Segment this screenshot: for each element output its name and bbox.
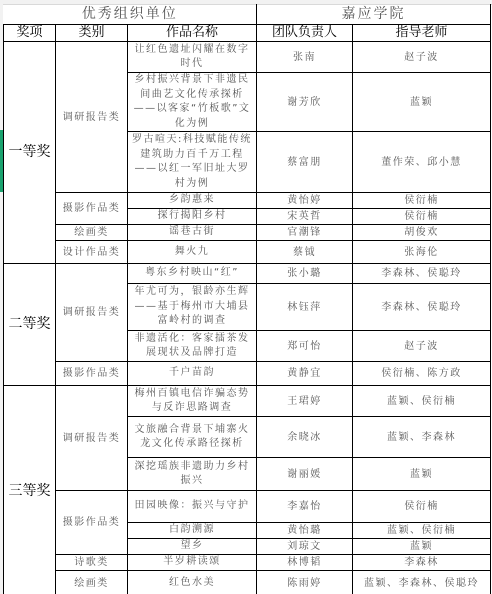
advisor-cell[interactable]: 李森林	[353, 555, 491, 571]
work-title-cell[interactable]: 白韵溯源	[128, 523, 257, 539]
leader-cell[interactable]: 王珺婷	[257, 386, 353, 417]
work-title-cell[interactable]: 望乡	[128, 539, 257, 555]
header-work-title[interactable]: 作品名称	[128, 25, 257, 42]
advisor-cell[interactable]: 赵子波	[353, 331, 491, 362]
advisor-cell[interactable]: 蓝颖	[353, 458, 491, 491]
leader-cell[interactable]: 黄静宜	[257, 362, 353, 386]
leader-cell[interactable]: 宋英哲	[257, 209, 353, 225]
work-title-cell[interactable]: 探行揭阳乡村	[128, 209, 257, 225]
table-row: 摄影作品类 千户苗韵 黄静宜 侯衍楠、陈方政	[4, 362, 491, 386]
leader-cell[interactable]: 陈雨婷	[257, 571, 353, 594]
leader-cell[interactable]: 李嘉怡	[257, 491, 353, 523]
work-title-cell[interactable]: 半岁耕读颂	[128, 555, 257, 571]
table-row: 摄影作品类 田园映像：振兴与守护 李嘉怡 侯衍楠	[4, 491, 491, 523]
leader-cell[interactable]: 刘琼文	[257, 539, 353, 555]
advisor-cell[interactable]: 侯衍楠、陈方政	[353, 362, 491, 386]
category-cell[interactable]: 摄影作品类	[56, 193, 128, 225]
work-title-cell[interactable]: 谣巷古街	[128, 225, 257, 241]
category-cell[interactable]: 调研报告类	[56, 264, 128, 362]
advisor-cell[interactable]: 董作荣、邱小慧	[353, 132, 491, 193]
work-title-cell[interactable]: 舞火九	[128, 241, 257, 264]
work-title-cell[interactable]: 年尤可为，银龄亦生辉——基于梅州市大埔县富岭村的调查	[128, 284, 257, 331]
advisor-cell[interactable]: 蓝颖、侯衍楠	[353, 523, 491, 539]
category-cell[interactable]: 调研报告类	[56, 42, 128, 193]
work-title-cell[interactable]: 乡村振兴背景下非遗民间曲艺文化传承探析——以客家“竹板歌”文化为例	[128, 73, 257, 132]
work-title-cell[interactable]: 梅州百镇电信诈骗态势与反诈思路调查	[128, 386, 257, 417]
organization-name[interactable]: 嘉应学院	[257, 4, 491, 25]
column-header-row: 奖项 类别 作品名称 团队负责人 指导老师	[4, 25, 491, 42]
category-cell[interactable]: 摄影作品类	[56, 491, 128, 555]
advisor-cell[interactable]: 蓝颖	[353, 539, 491, 555]
work-title-cell[interactable]: 红色水美	[128, 571, 257, 594]
table-row: 二等奖 调研报告类 粤东乡村映山“红” 张小璐 李森林、侯聪玲	[4, 264, 491, 284]
header-category[interactable]: 类别	[56, 25, 128, 42]
leader-cell[interactable]: 黄怡婷	[257, 193, 353, 209]
leader-cell[interactable]: 郑可怡	[257, 331, 353, 362]
leader-cell[interactable]: 蔡富朋	[257, 132, 353, 193]
leader-cell[interactable]: 张南	[257, 42, 353, 73]
title-row: 优秀组织单位 嘉应学院	[4, 4, 491, 25]
advisor-cell[interactable]: 蓝颖、侯衍楠	[353, 386, 491, 417]
table-row: 三等奖 调研报告类 梅州百镇电信诈骗态势与反诈思路调查 王珺婷 蓝颖、侯衍楠	[4, 386, 491, 417]
table-row: 诗歌类 半岁耕读颂 林博韬 李森林	[4, 555, 491, 571]
advisor-cell[interactable]: 侯衍楠	[353, 491, 491, 523]
category-cell[interactable]: 摄影作品类	[56, 362, 128, 386]
advisor-cell[interactable]: 蓝颖、李森林	[353, 417, 491, 458]
advisor-cell[interactable]: 李森林、侯聪玲	[353, 284, 491, 331]
work-title-cell[interactable]: 粤东乡村映山“红”	[128, 264, 257, 284]
advisor-cell[interactable]: 侯衍楠	[353, 193, 491, 209]
category-cell[interactable]: 诗歌类	[56, 555, 128, 571]
work-title-cell[interactable]: 文旅融合背景下埔寨火龙文化传承路径探析	[128, 417, 257, 458]
advisor-cell[interactable]: 侯衍楠	[353, 209, 491, 225]
work-title-cell[interactable]: 非遗活化：客家擂茶发展现状及品牌打造	[128, 331, 257, 362]
advisor-cell[interactable]: 李森林、侯聪玲	[353, 264, 491, 284]
category-cell[interactable]: 绘画类	[56, 225, 128, 241]
category-cell[interactable]: 设计作品类	[56, 241, 128, 264]
work-title-cell[interactable]: 深挖瑶族非遗助力乡村振兴	[128, 458, 257, 491]
category-cell[interactable]: 绘画类	[56, 571, 128, 594]
advisor-cell[interactable]: 赵子波	[353, 42, 491, 73]
leader-cell[interactable]: 谢丽媛	[257, 458, 353, 491]
award-second[interactable]: 二等奖	[4, 264, 56, 386]
award-first[interactable]: 一等奖	[4, 42, 56, 264]
advisor-cell[interactable]: 蓝颖	[353, 73, 491, 132]
table-row: 绘画类 谣巷古街 官潮锋 胡俊欢	[4, 225, 491, 241]
category-cell[interactable]: 调研报告类	[56, 386, 128, 491]
table-row: 绘画类 红色水美 陈雨婷 蓝颖、李森林、侯聪玲	[4, 571, 491, 594]
advisor-cell[interactable]: 张海伦	[353, 241, 491, 264]
work-title-cell[interactable]: 乡韵惠来	[128, 193, 257, 209]
advisor-cell[interactable]: 蓝颖、李森林、侯聪玲	[353, 571, 491, 594]
table-row: 设计作品类 舞火九 蔡钺 张海伦	[4, 241, 491, 264]
organization-label[interactable]: 优秀组织单位	[4, 4, 257, 25]
leader-cell[interactable]: 蔡钺	[257, 241, 353, 264]
award-third[interactable]: 三等奖	[4, 386, 56, 594]
header-award[interactable]: 奖项	[4, 25, 56, 42]
awards-table: 优秀组织单位 嘉应学院 奖项 类别 作品名称 团队负责人 指导老师 一等奖 调研…	[3, 4, 491, 594]
leader-cell[interactable]: 谢芳欣	[257, 73, 353, 132]
table-row: 摄影作品类 乡韵惠来 黄怡婷 侯衍楠	[4, 193, 491, 209]
header-team-leader[interactable]: 团队负责人	[257, 25, 353, 42]
leader-cell[interactable]: 官潮锋	[257, 225, 353, 241]
leader-cell[interactable]: 余晓冰	[257, 417, 353, 458]
table-row: 一等奖 调研报告类 让红色遗址闪耀在数字时代 张南 赵子波	[4, 42, 491, 73]
leader-cell[interactable]: 张小璐	[257, 264, 353, 284]
leader-cell[interactable]: 林钰萍	[257, 284, 353, 331]
leader-cell[interactable]: 黄怡璐	[257, 523, 353, 539]
work-title-cell[interactable]: 罗古喧天:科技赋能传统建筑助力百千万工程——以红一军旧址大罗村为例	[128, 132, 257, 193]
work-title-cell[interactable]: 千户苗韵	[128, 362, 257, 386]
advisor-cell[interactable]: 胡俊欢	[353, 225, 491, 241]
work-title-cell[interactable]: 让红色遗址闪耀在数字时代	[128, 42, 257, 73]
work-title-cell[interactable]: 田园映像：振兴与守护	[128, 491, 257, 523]
header-advisor[interactable]: 指导老师	[353, 25, 491, 42]
leader-cell[interactable]: 林博韬	[257, 555, 353, 571]
